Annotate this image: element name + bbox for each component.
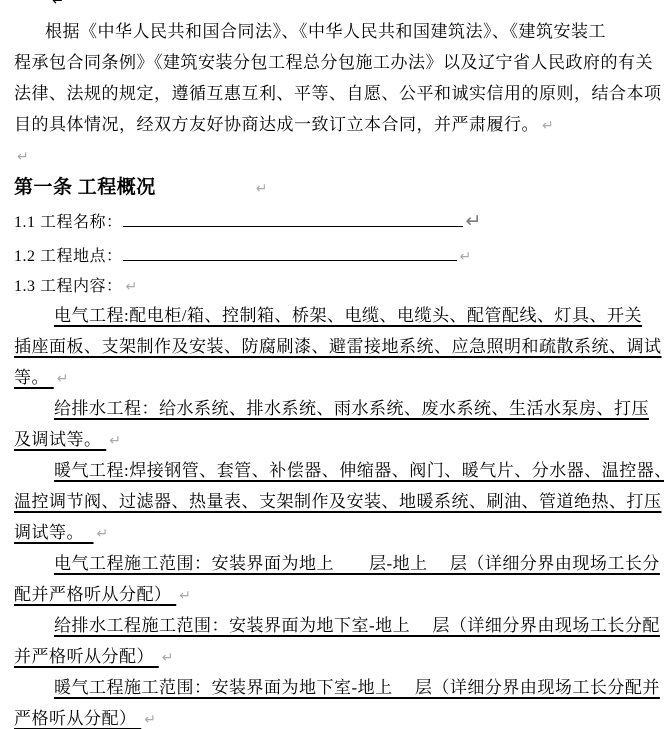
paragraph-mark-icon: ↵ xyxy=(179,588,191,604)
paragraph-mark-icon: ↵ xyxy=(57,371,69,387)
text-run: 1.1 工程名称： xyxy=(14,214,123,231)
text-run: 插座面板、支架制作及安装、防腐刷漆、避雷接地系统、应急照明和疏散系统、调试 xyxy=(14,337,662,356)
document-line: 给排水工程施工范围：安装界面为地下室-地上 层（详细分界由现场工长分配 xyxy=(14,610,656,641)
paragraph-mark-icon: ↵ xyxy=(162,650,174,666)
paragraph-mark-icon: ↵ xyxy=(542,118,554,134)
paragraph-mark-icon: ↵ xyxy=(466,210,482,232)
document-line: 暖气工程施工范围：安装界面为地下室-地上 层（详细分界由现场工长分配并 xyxy=(14,672,656,703)
text-run: 目的具体情况，经双方友好协商达成一致订立本合同，并严肃履行。 xyxy=(14,115,539,134)
text-run: 1.3 工程内容： xyxy=(14,278,123,295)
document-line: 等。 ↵ xyxy=(14,362,656,393)
text-run: 严格听从分配） xyxy=(14,709,141,728)
document-line: 1.3 工程内容：↵ xyxy=(14,274,656,300)
paragraph-mark-icon: ↵ xyxy=(97,526,109,542)
document-line: 程承包合同条例》《建筑安装分包工程总分包施工办法》以及辽宁省人民政府的有关 xyxy=(14,47,656,78)
document-line: 及调试等。 ↵ xyxy=(14,424,656,455)
text-run: 1.2 工程地点： xyxy=(14,248,123,265)
document-line: 给排水工程：给水系统、排水系统、雨水系统、废水系统、生活水泵房、打压 xyxy=(14,393,656,424)
text-run: 给排水工程：给水系统、排水系统、雨水系统、废水系统、生活水泵房、打压 xyxy=(54,399,649,418)
text-run: 根据《中华人民共和国合同法》、《中华人民共和国建筑法》、《建筑安装工 xyxy=(45,22,606,41)
document-line: ↵ xyxy=(14,140,656,171)
document-line: 根据《中华人民共和国合同法》、《中华人民共和国建筑法》、《建筑安装工 xyxy=(14,16,656,47)
text-run: 程承包合同条例》《建筑安装分包工程总分包施工办法》以及辽宁省人民政府的有关 xyxy=(14,53,653,72)
document-line: 严格听从分配） ↵ xyxy=(14,703,656,729)
document-page[interactable]: ↵ 根据《中华人民共和国合同法》、《中华人民共和国建筑法》、《建筑安装工程承包合… xyxy=(0,0,664,729)
text-run: 给排水工程施工范围：安装界面为地下室-地上 层（详细分界由现场工长分配 xyxy=(54,616,660,635)
blank-underline-field[interactable] xyxy=(123,246,457,261)
text-run: 等。 xyxy=(14,368,54,387)
document-line: 配并严格听从分配） ↵ xyxy=(14,579,656,610)
paragraph-mark-icon: ↵ xyxy=(109,433,121,449)
document-line: 1.1 工程名称：↵ xyxy=(14,204,656,239)
contract-text-body: 根据《中华人民共和国合同法》、《中华人民共和国建筑法》、《建筑安装工程承包合同条… xyxy=(14,16,656,729)
paragraph-mark-icon: ↵ xyxy=(256,181,268,197)
paragraph-mark-icon: ↵ xyxy=(144,712,156,728)
document-line: 调试等。 ↵ xyxy=(14,517,656,548)
text-run: 温控调节阀、过滤器、热量表、支架制作及安装、地暖系统、刷油、管道绝热、打压 xyxy=(14,492,662,511)
paragraph-mark-icon: ↵ xyxy=(126,279,138,295)
document-line: 电气工程施工范围：安装界面为地上 层-地上 层（详细分界由现场工长分 xyxy=(14,548,656,579)
document-line: 第一条 工程概况↵ xyxy=(14,171,656,204)
blank-underline-field[interactable] xyxy=(123,212,463,227)
text-run: 及调试等。 xyxy=(14,430,106,449)
text-run: 暖气工程施工范围：安装界面为地下室-地上 层（详细分界由现场工长分配并 xyxy=(54,678,660,697)
paragraph-mark-icon: ↵ xyxy=(52,0,65,9)
text-run: 并严格听从分配） xyxy=(14,647,159,666)
text-run: 电气工程施工范围：安装界面为地上 层-地上 层（详细分界由现场工长分 xyxy=(54,554,660,573)
section-heading: 第一条 工程概况 xyxy=(14,177,156,198)
document-line: 插座面板、支架制作及安装、防腐刷漆、避雷接地系统、应急照明和疏散系统、调试 xyxy=(14,331,656,362)
paragraph-mark-icon: ↵ xyxy=(460,249,472,265)
document-line: 温控调节阀、过滤器、热量表、支架制作及安装、地暖系统、刷油、管道绝热、打压 xyxy=(14,486,656,517)
paragraph-mark-icon: ↵ xyxy=(17,149,29,165)
text-run: 电气工程:配电柜/箱、控制箱、桥架、电缆、电缆头、配管配线、灯具、开关 xyxy=(54,306,642,325)
document-line: 1.2 工程地点：↵ xyxy=(14,239,656,274)
document-line: 并严格听从分配） ↵ xyxy=(14,641,656,672)
text-run: 暖气工程:焊接钢管、套管、补偿器、伸缩器、阀门、暖气片、分水器、温控器、 xyxy=(54,461,664,480)
document-line: 法律、法规的规定，遵循互惠互利、平等、自愿、公平和诚实信用的原则，结合本项 xyxy=(14,78,656,109)
text-run: 配并严格听从分配） xyxy=(14,585,176,604)
document-line: 电气工程:配电柜/箱、控制箱、桥架、电缆、电缆头、配管配线、灯具、开关 xyxy=(14,300,656,331)
text-run: 调试等。 xyxy=(14,523,94,542)
document-line: 目的具体情况，经双方友好协商达成一致订立本合同，并严肃履行。↵ xyxy=(14,109,656,140)
document-line: 暖气工程:焊接钢管、套管、补偿器、伸缩器、阀门、暖气片、分水器、温控器、↵ xyxy=(14,455,656,486)
text-run: 法律、法规的规定，遵循互惠互利、平等、自愿、公平和诚实信用的原则，结合本项 xyxy=(14,84,662,103)
